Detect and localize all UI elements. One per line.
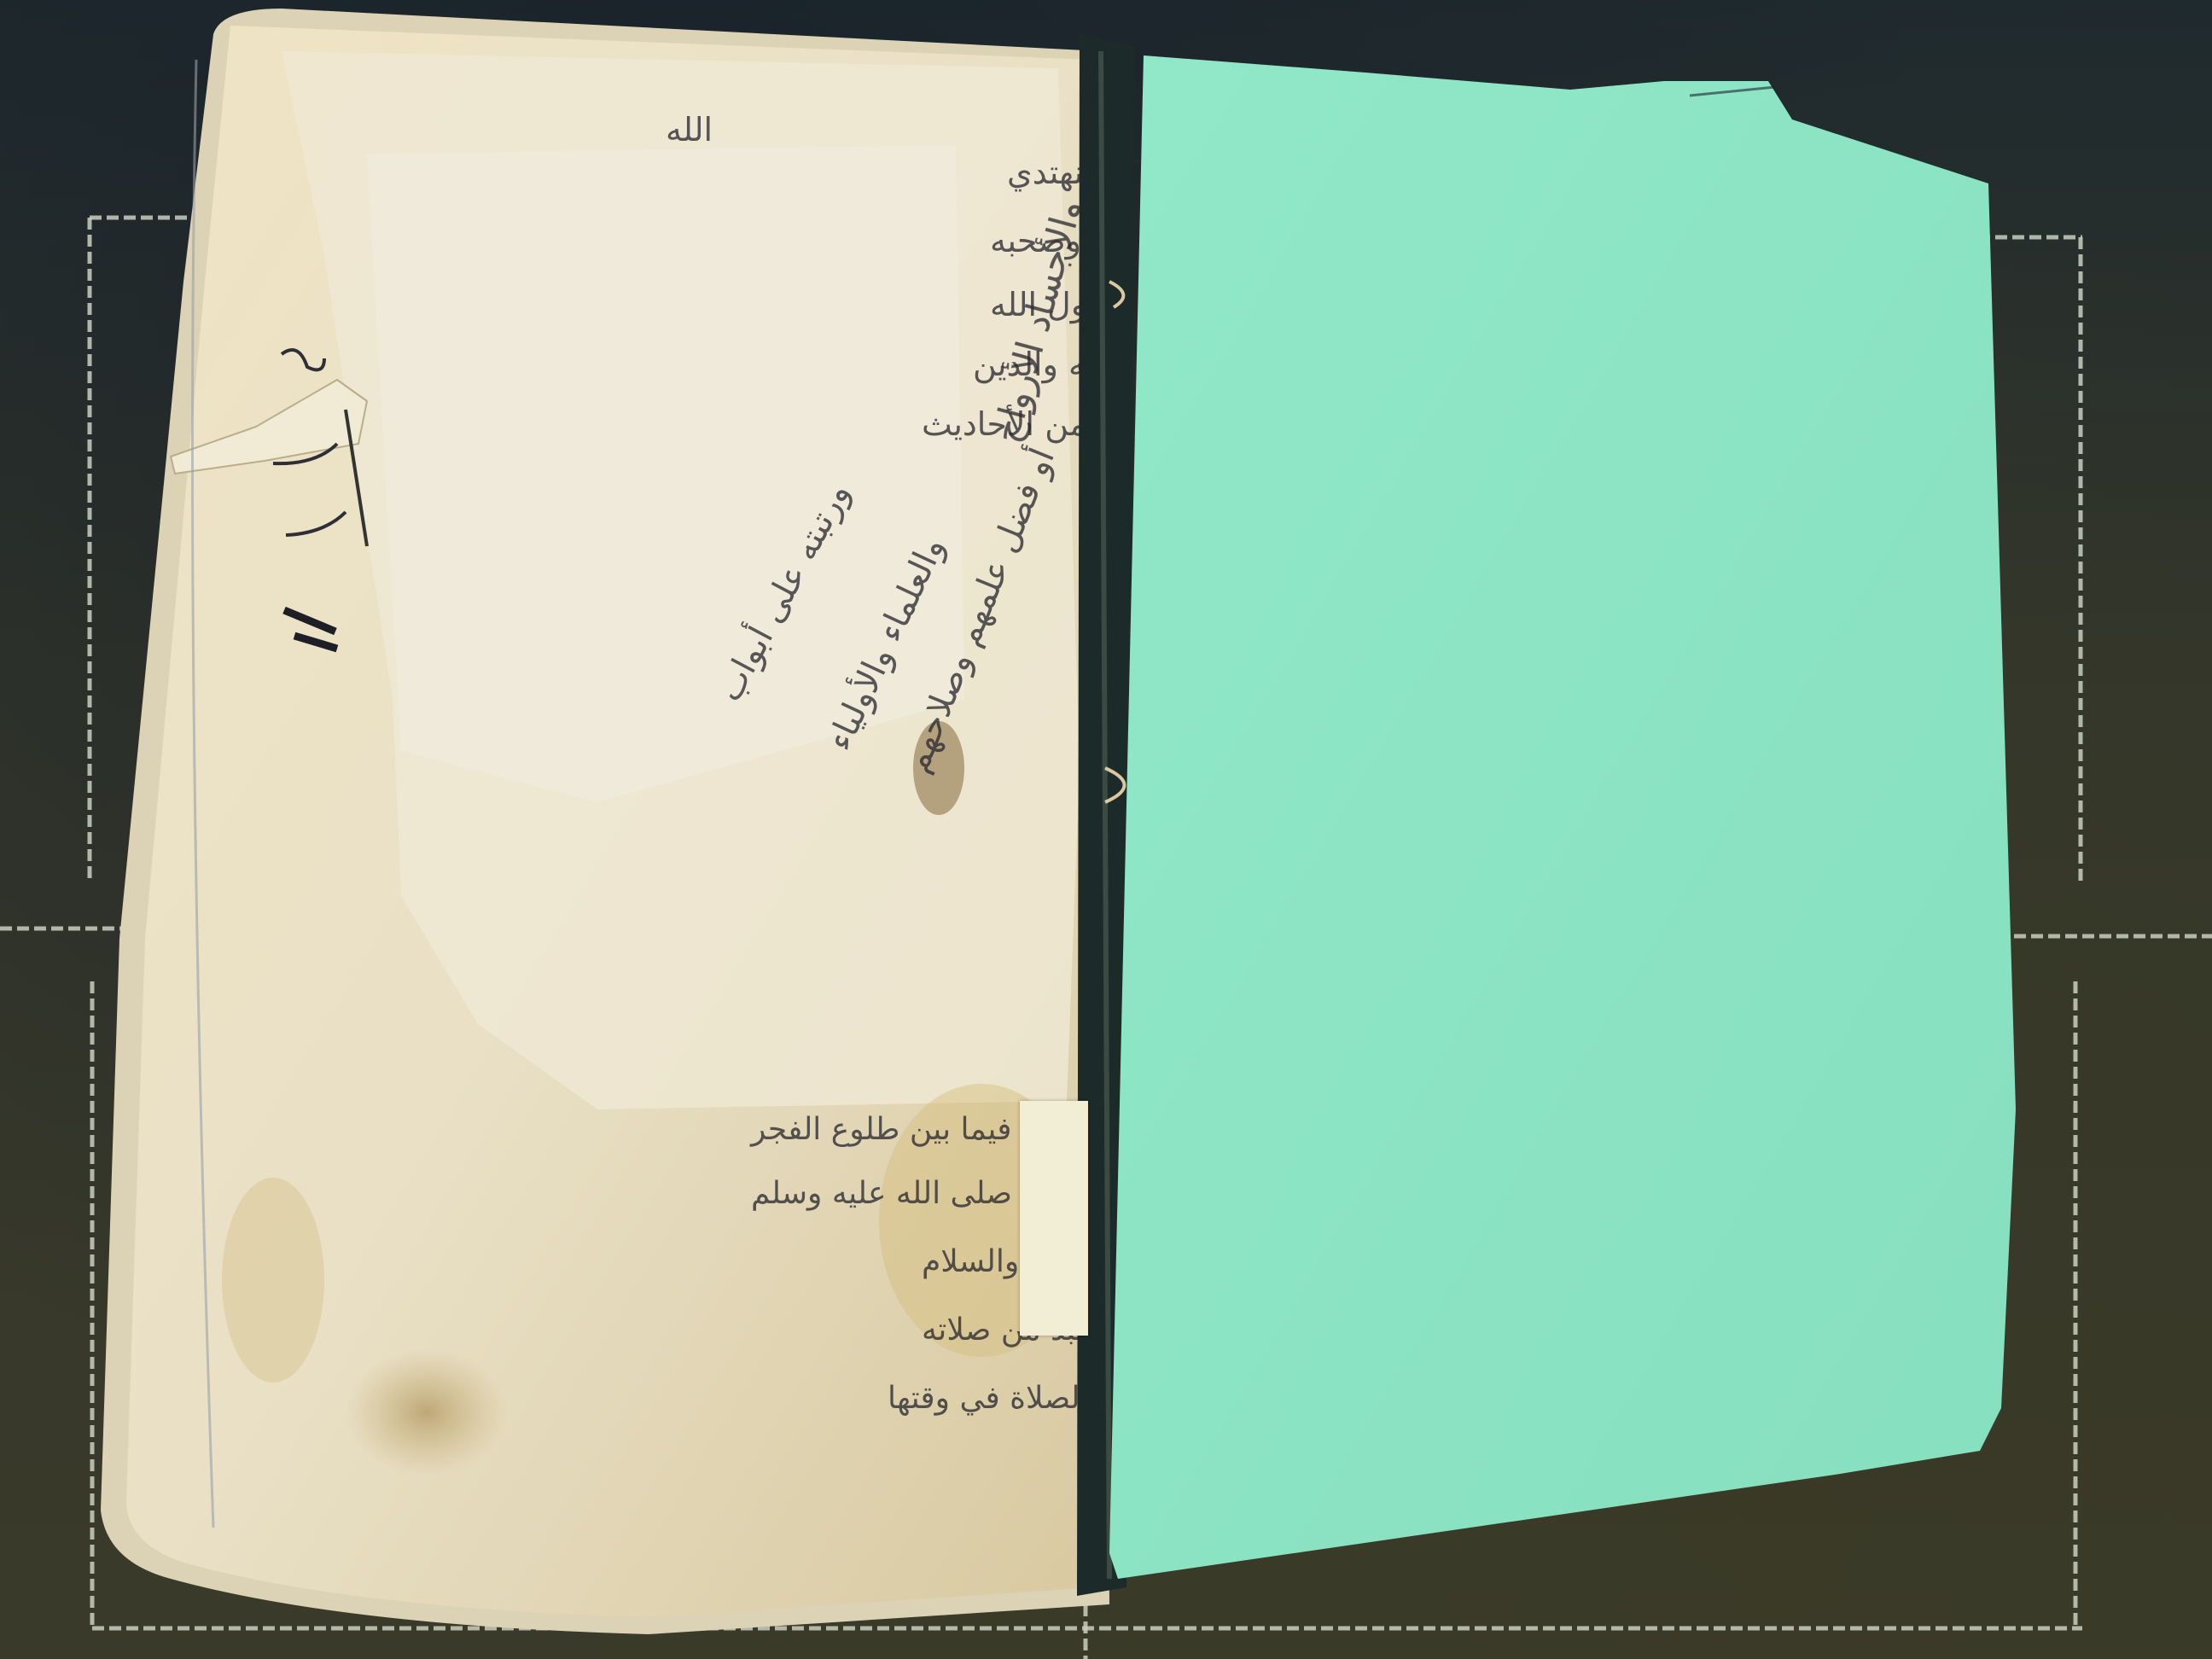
text-line: فيما بين طلوع الفجر: [749, 1112, 1011, 1147]
header-text: الله: [666, 111, 713, 148]
manuscript-scene: الله الحمد لله الذي هدانا لهذا وما كنا ل…: [0, 0, 2212, 1659]
paper-label-slip: [1020, 1101, 1088, 1336]
green-cover-sheet: [1109, 55, 2016, 1579]
